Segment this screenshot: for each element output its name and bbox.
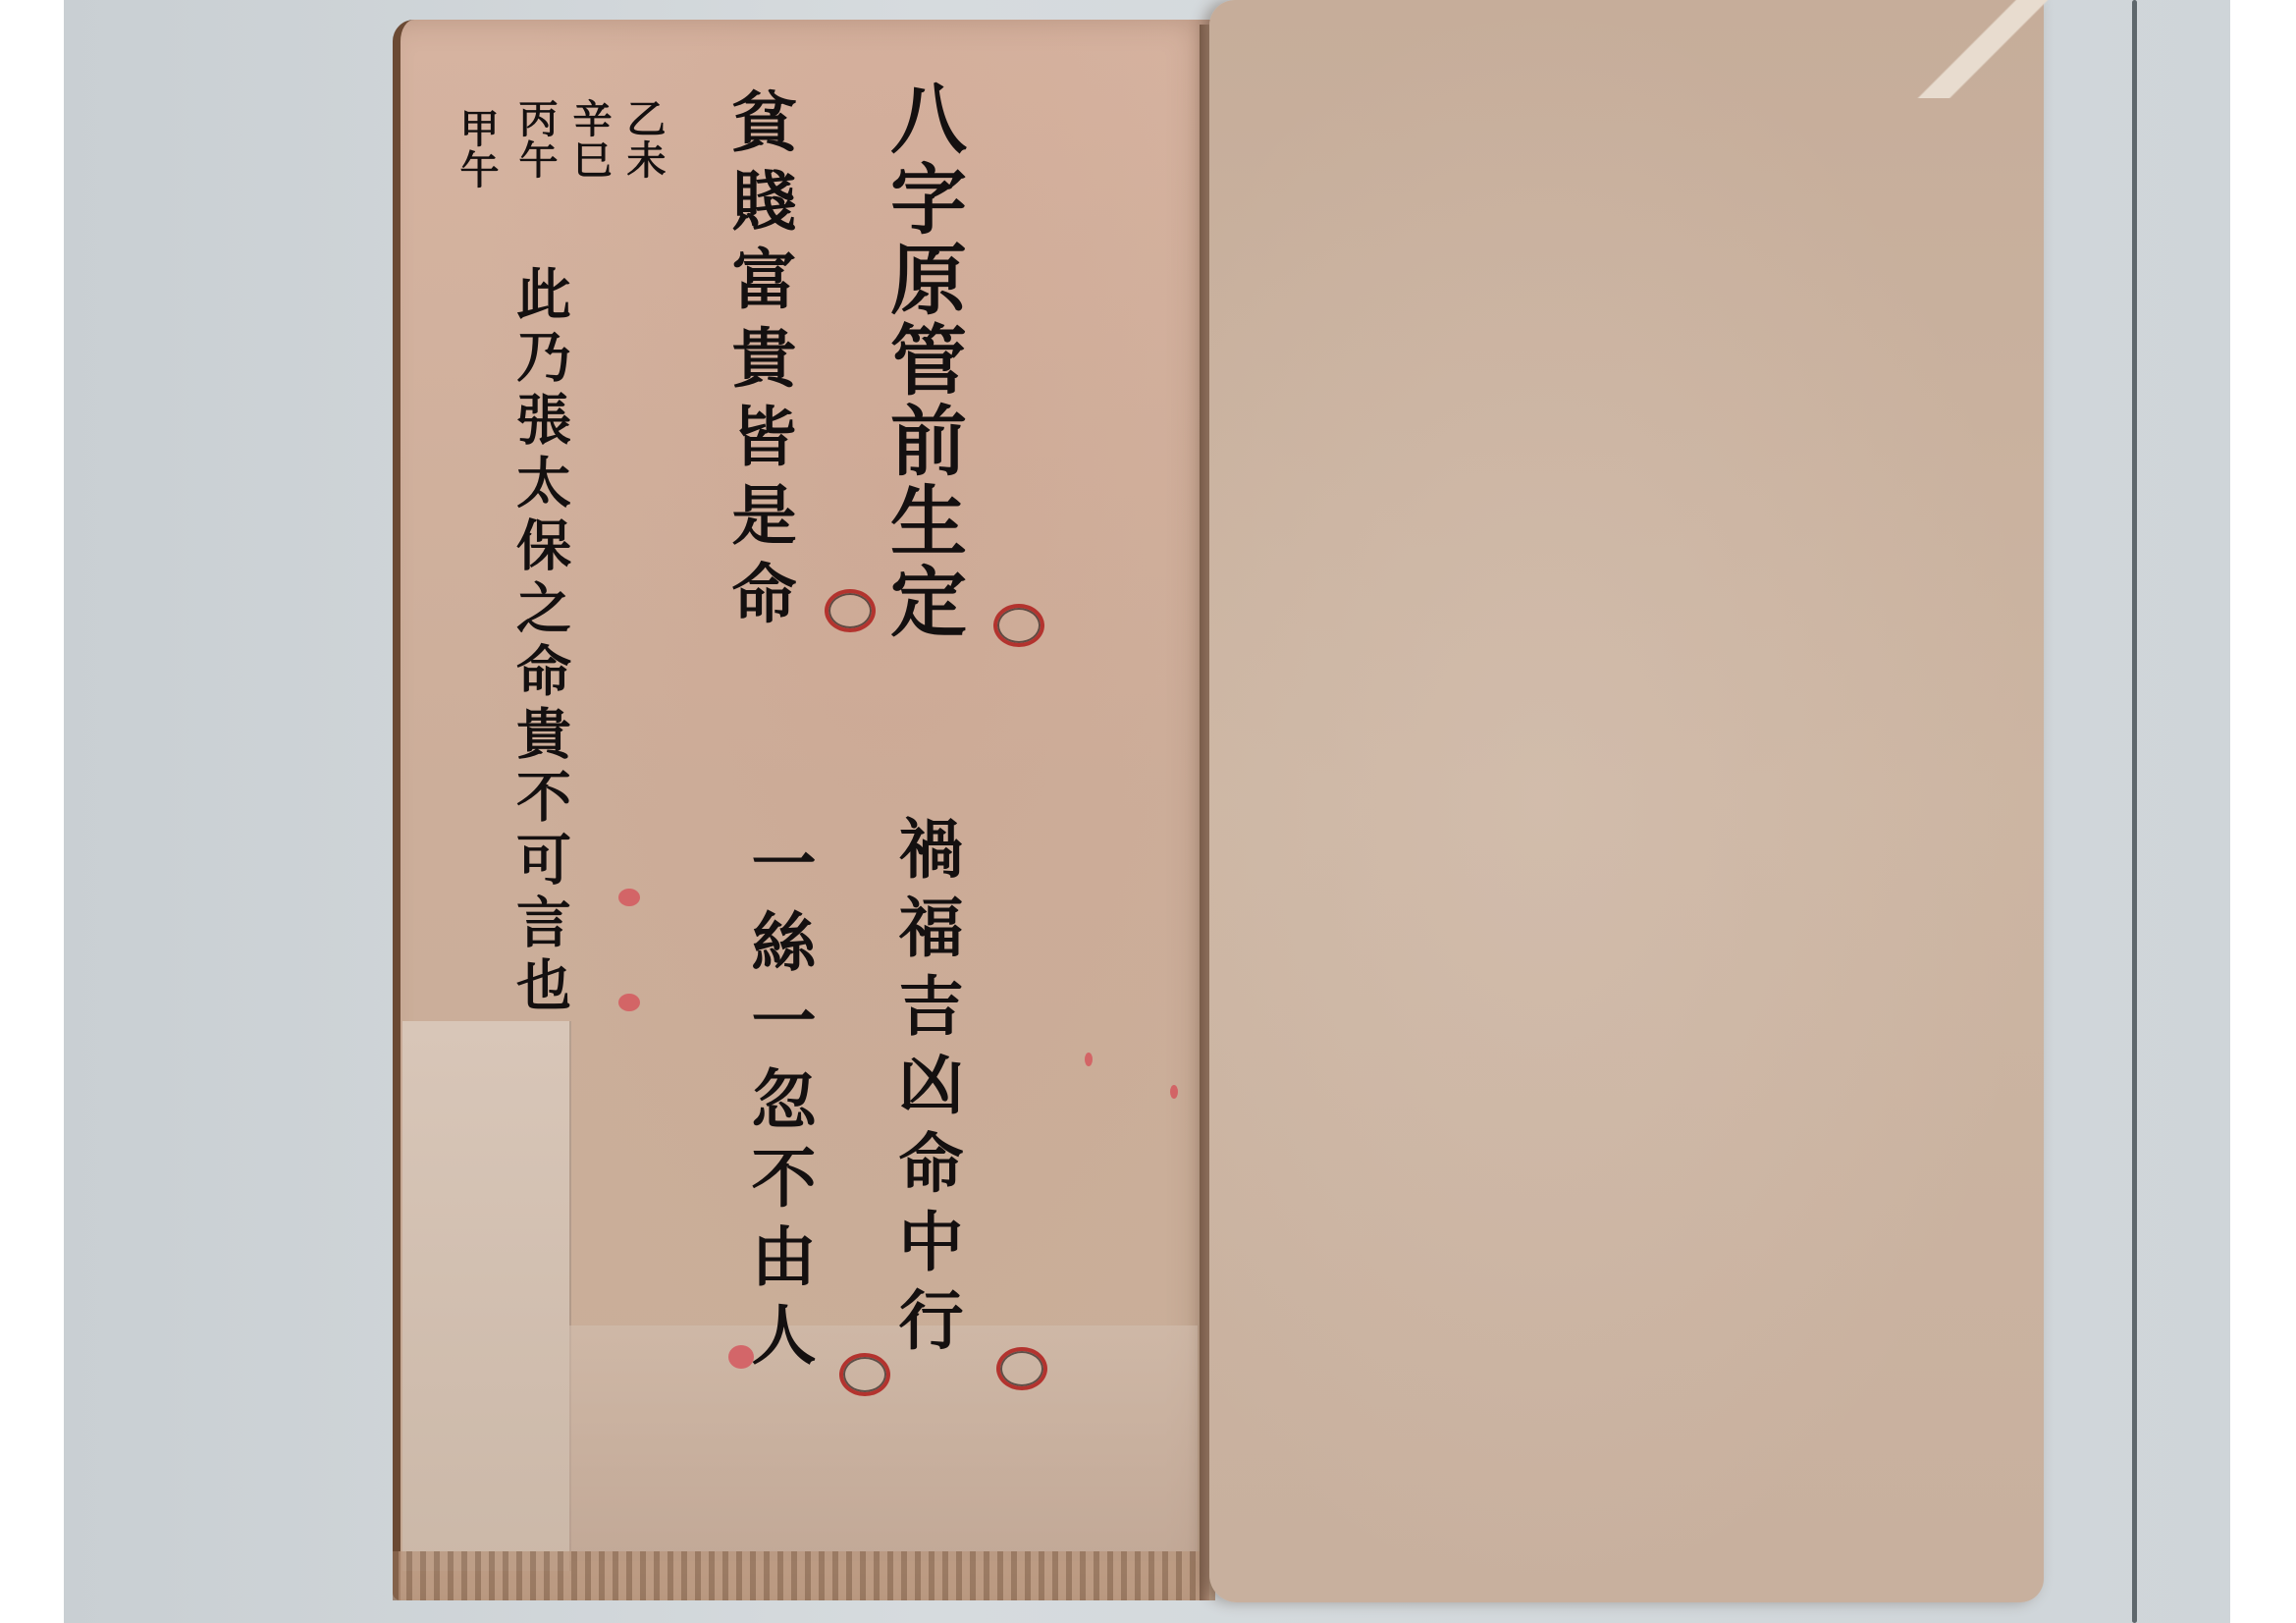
pillar-month: 辛巳	[569, 98, 609, 181]
pillar-hour: 甲午	[456, 108, 496, 190]
right-page-blank	[1209, 0, 2044, 1602]
verse-column-3: 禍福吉凶命中行	[893, 815, 958, 1365]
red-ink-spot	[728, 1345, 754, 1369]
page-corner-fold	[1904, 0, 2052, 98]
red-ink-spot	[1170, 1085, 1178, 1099]
paper-repair-patch	[402, 1021, 571, 1571]
red-ink-spot	[1085, 1053, 1093, 1066]
red-circle-mark-1	[993, 604, 1044, 647]
verse-column-1: 八字原管前生定	[883, 79, 960, 642]
verse-column-2: 貧賤富貴皆是命	[726, 88, 791, 638]
pillar-year: 乙未	[623, 98, 663, 181]
book-spine	[1200, 25, 1209, 1600]
red-circle-mark-2	[825, 589, 876, 632]
red-ink-spot	[618, 889, 640, 906]
red-circle-mark-4	[839, 1353, 890, 1396]
verse-column-4: 一絲一忽不由人	[746, 830, 811, 1380]
red-circle-mark-3	[996, 1347, 1047, 1390]
red-ink-spot	[618, 994, 640, 1011]
pillar-day: 丙午	[515, 98, 555, 181]
commentary-column: 此乃張太保之命貴不可言也	[512, 265, 567, 1019]
page-stack-edge	[393, 1551, 1207, 1600]
background-line	[2132, 0, 2137, 1623]
